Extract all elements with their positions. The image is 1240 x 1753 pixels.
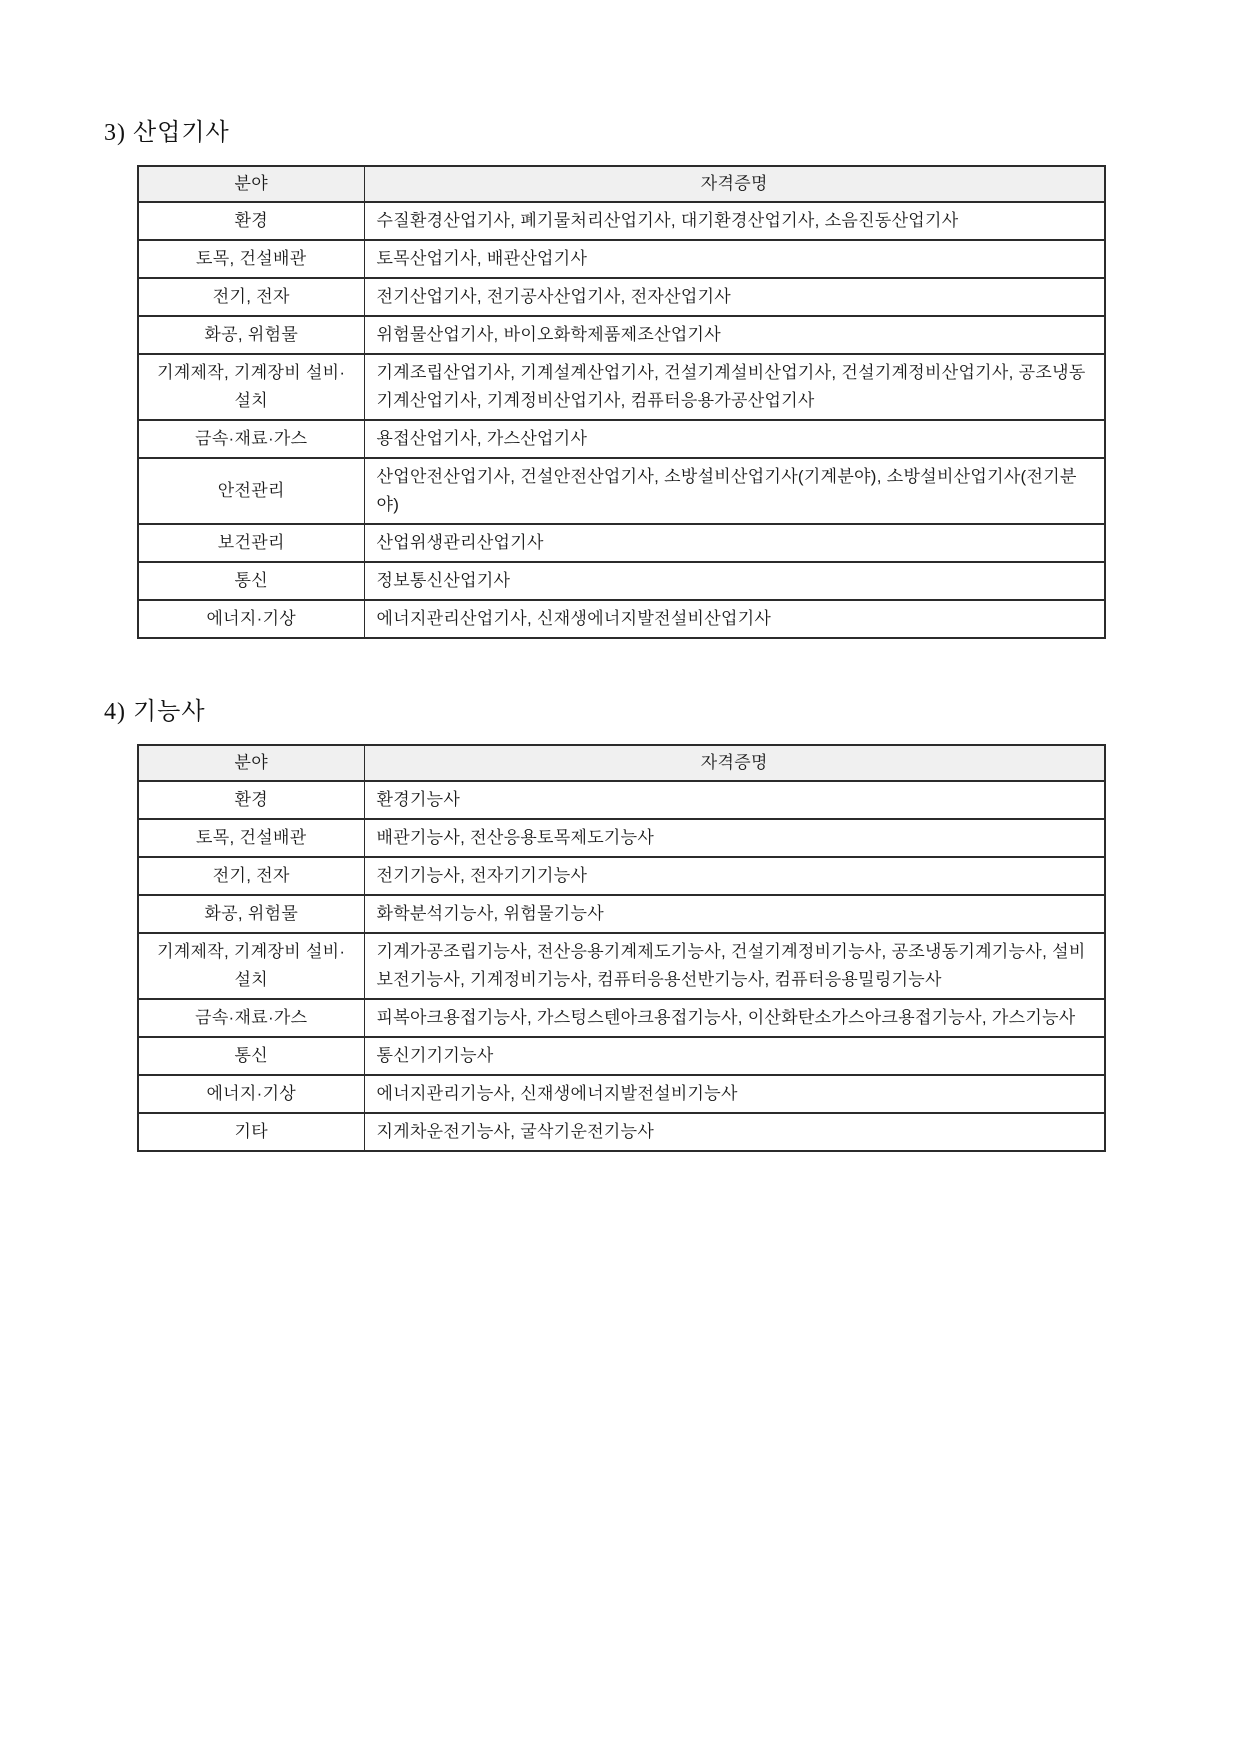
table-row: 기계제작, 기계장비 설비·설치기계가공조립기능사, 전산응용기계제도기능사, … xyxy=(138,933,1105,999)
certs-cell: 에너지관리산업기사, 신재생에너지발전설비산업기사 xyxy=(364,600,1105,638)
section-heading: 4) 기능사 xyxy=(104,639,1240,726)
field-cell: 통신 xyxy=(138,1037,364,1075)
column-header-certs: 자격증명 xyxy=(364,166,1105,202)
section-heading: 3) 산업기사 xyxy=(104,0,1240,147)
table-row: 토목, 건설배관배관기능사, 전산응용토목제도기능사 xyxy=(138,819,1105,857)
table-row: 화공, 위험물화학분석기능사, 위험물기능사 xyxy=(138,895,1105,933)
field-cell: 기타 xyxy=(138,1113,364,1151)
certs-cell: 용접산업기사, 가스산업기사 xyxy=(364,420,1105,458)
certs-cell: 산업위생관리산업기사 xyxy=(364,524,1105,562)
table-row: 통신통신기기기능사 xyxy=(138,1037,1105,1075)
table-row: 통신정보통신산업기사 xyxy=(138,562,1105,600)
certs-cell: 배관기능사, 전산응용토목제도기능사 xyxy=(364,819,1105,857)
field-cell: 전기, 전자 xyxy=(138,278,364,316)
section-industrial-engineer: 3) 산업기사 분야 자격증명 환경수질환경산업기사, 폐기물처리산업기사, 대… xyxy=(0,0,1240,639)
field-cell: 금속·재료·가스 xyxy=(138,999,364,1037)
field-cell: 기계제작, 기계장비 설비·설치 xyxy=(138,933,364,999)
certs-cell: 지게차운전기능사, 굴삭기운전기능사 xyxy=(364,1113,1105,1151)
cert-table-industrial-engineer: 분야 자격증명 환경수질환경산업기사, 폐기물처리산업기사, 대기환경산업기사,… xyxy=(137,165,1106,639)
section-craftsman: 4) 기능사 분야 자격증명 환경환경기능사토목, 건설배관배관기능사, 전산응… xyxy=(0,639,1240,1152)
table-row: 화공, 위험물위험물산업기사, 바이오화학제품제조산업기사 xyxy=(138,316,1105,354)
field-cell: 전기, 전자 xyxy=(138,857,364,895)
field-cell: 통신 xyxy=(138,562,364,600)
table-row: 기계제작, 기계장비 설비·설치기계조립산업기사, 기계설계산업기사, 건설기계… xyxy=(138,354,1105,420)
table-row: 보건관리산업위생관리산업기사 xyxy=(138,524,1105,562)
cert-table-craftsman: 분야 자격증명 환경환경기능사토목, 건설배관배관기능사, 전산응용토목제도기능… xyxy=(137,744,1106,1152)
table-header-row: 분야 자격증명 xyxy=(138,166,1105,202)
table-row: 환경환경기능사 xyxy=(138,781,1105,819)
field-cell: 에너지·기상 xyxy=(138,600,364,638)
column-header-certs: 자격증명 xyxy=(364,745,1105,781)
table-row: 에너지·기상에너지관리산업기사, 신재생에너지발전설비산업기사 xyxy=(138,600,1105,638)
certs-cell: 기계가공조립기능사, 전산응용기계제도기능사, 건설기계정비기능사, 공조냉동기… xyxy=(364,933,1105,999)
certs-cell: 에너지관리기능사, 신재생에너지발전설비기능사 xyxy=(364,1075,1105,1113)
table-row: 기타지게차운전기능사, 굴삭기운전기능사 xyxy=(138,1113,1105,1151)
column-header-field: 분야 xyxy=(138,745,364,781)
certs-cell: 위험물산업기사, 바이오화학제품제조산업기사 xyxy=(364,316,1105,354)
table-row: 금속·재료·가스용접산업기사, 가스산업기사 xyxy=(138,420,1105,458)
field-cell: 금속·재료·가스 xyxy=(138,420,364,458)
certs-cell: 수질환경산업기사, 폐기물처리산업기사, 대기환경산업기사, 소음진동산업기사 xyxy=(364,202,1105,240)
table-body: 환경수질환경산업기사, 폐기물처리산업기사, 대기환경산업기사, 소음진동산업기… xyxy=(138,202,1105,638)
field-cell: 환경 xyxy=(138,202,364,240)
document-page: 3) 산업기사 분야 자격증명 환경수질환경산업기사, 폐기물처리산업기사, 대… xyxy=(0,0,1240,1753)
table-row: 전기, 전자전기기능사, 전자기기기능사 xyxy=(138,857,1105,895)
table-row: 토목, 건설배관토목산업기사, 배관산업기사 xyxy=(138,240,1105,278)
certs-cell: 전기산업기사, 전기공사산업기사, 전자산업기사 xyxy=(364,278,1105,316)
field-cell: 화공, 위험물 xyxy=(138,316,364,354)
certs-cell: 전기기능사, 전자기기기능사 xyxy=(364,857,1105,895)
field-cell: 기계제작, 기계장비 설비·설치 xyxy=(138,354,364,420)
table-row: 환경수질환경산업기사, 폐기물처리산업기사, 대기환경산업기사, 소음진동산업기… xyxy=(138,202,1105,240)
field-cell: 안전관리 xyxy=(138,458,364,524)
table-header-row: 분야 자격증명 xyxy=(138,745,1105,781)
table-row: 에너지·기상에너지관리기능사, 신재생에너지발전설비기능사 xyxy=(138,1075,1105,1113)
field-cell: 환경 xyxy=(138,781,364,819)
certs-cell: 환경기능사 xyxy=(364,781,1105,819)
field-cell: 토목, 건설배관 xyxy=(138,240,364,278)
certs-cell: 화학분석기능사, 위험물기능사 xyxy=(364,895,1105,933)
certs-cell: 기계조립산업기사, 기계설계산업기사, 건설기계설비산업기사, 건설기계정비산업… xyxy=(364,354,1105,420)
certs-cell: 피복아크용접기능사, 가스텅스텐아크용접기능사, 이산화탄소가스아크용접기능사,… xyxy=(364,999,1105,1037)
column-header-field: 분야 xyxy=(138,166,364,202)
field-cell: 화공, 위험물 xyxy=(138,895,364,933)
field-cell: 에너지·기상 xyxy=(138,1075,364,1113)
table-row: 안전관리산업안전산업기사, 건설안전산업기사, 소방설비산업기사(기계분야), … xyxy=(138,458,1105,524)
certs-cell: 통신기기기능사 xyxy=(364,1037,1105,1075)
certs-cell: 토목산업기사, 배관산업기사 xyxy=(364,240,1105,278)
field-cell: 보건관리 xyxy=(138,524,364,562)
table-row: 금속·재료·가스피복아크용접기능사, 가스텅스텐아크용접기능사, 이산화탄소가스… xyxy=(138,999,1105,1037)
table-body: 환경환경기능사토목, 건설배관배관기능사, 전산응용토목제도기능사전기, 전자전… xyxy=(138,781,1105,1151)
table-row: 전기, 전자전기산업기사, 전기공사산업기사, 전자산업기사 xyxy=(138,278,1105,316)
certs-cell: 산업안전산업기사, 건설안전산업기사, 소방설비산업기사(기계분야), 소방설비… xyxy=(364,458,1105,524)
field-cell: 토목, 건설배관 xyxy=(138,819,364,857)
certs-cell: 정보통신산업기사 xyxy=(364,562,1105,600)
